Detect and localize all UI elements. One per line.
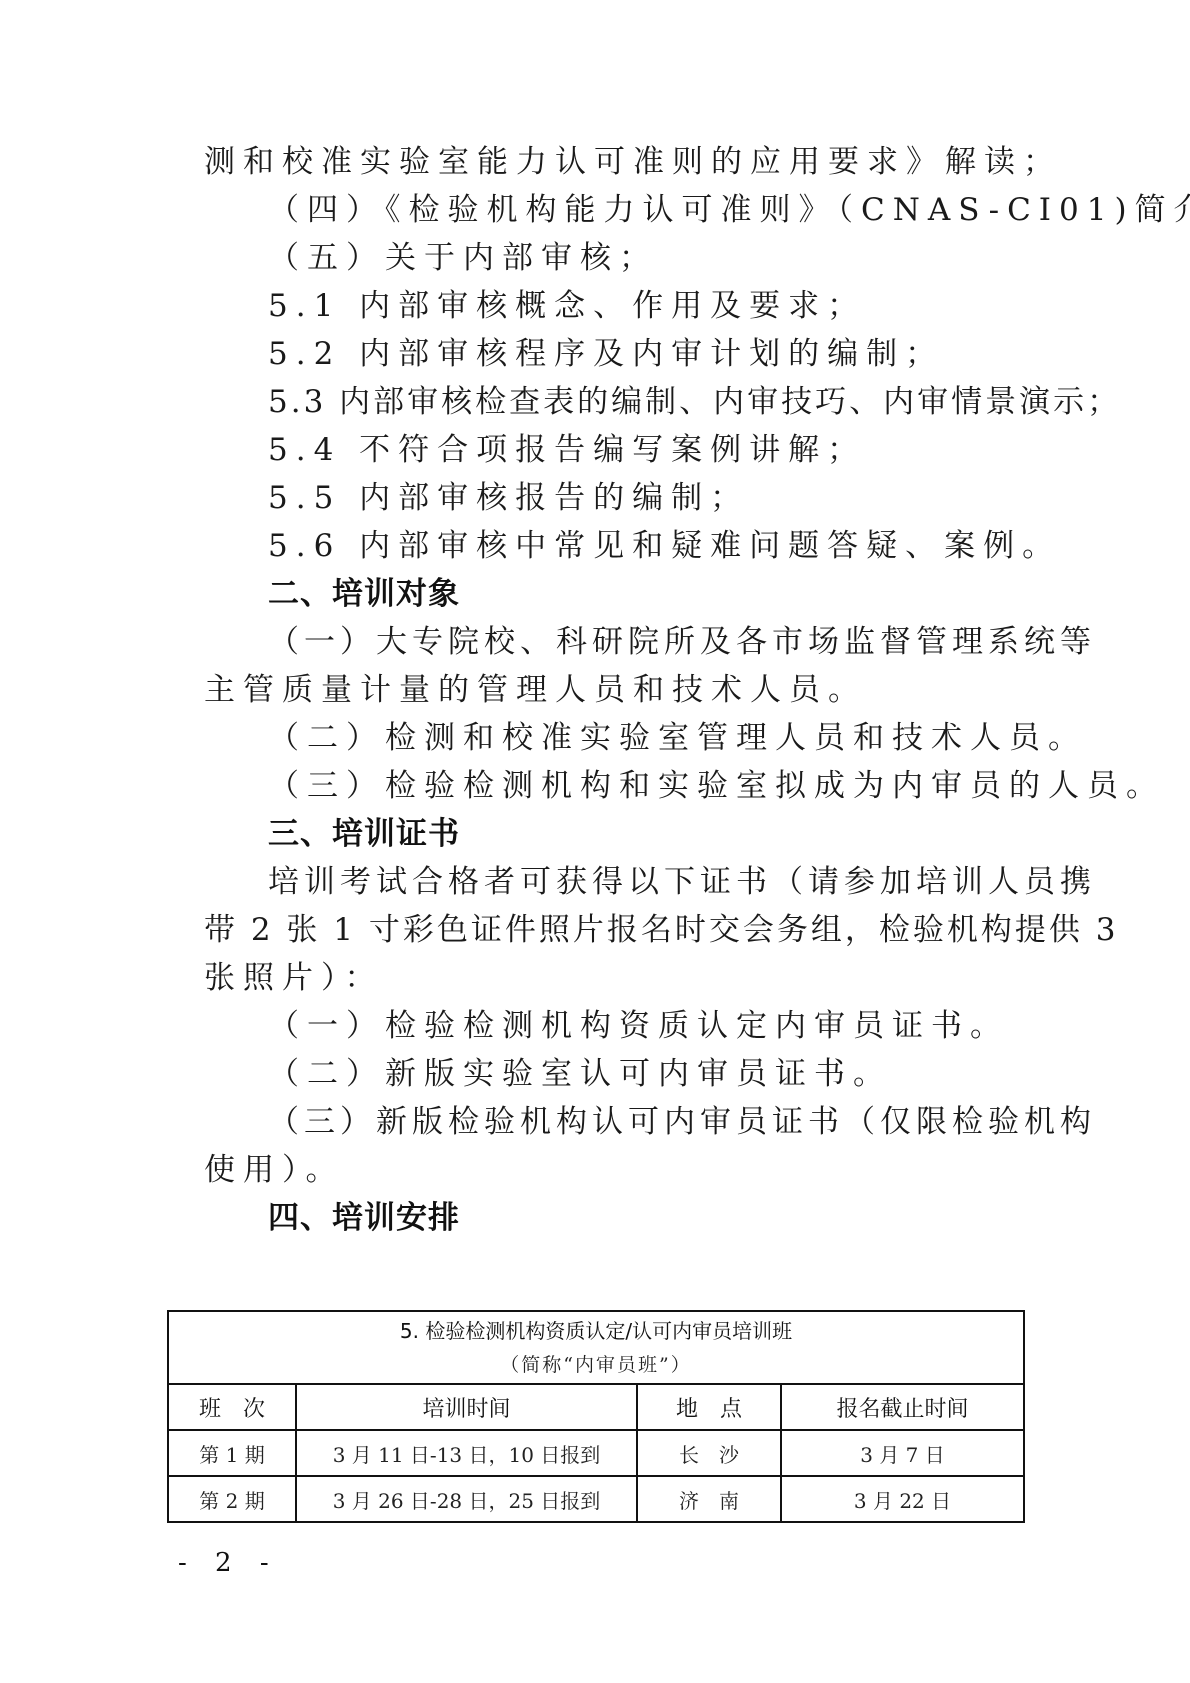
body-line: （三）检验检测机构和实验室拟成为内审员的人员。 (268, 762, 1088, 810)
body-line: 5.3 内部审核检查表的编制、内审技巧、内审情景演示； (268, 378, 1088, 426)
column-header-location: 地 点 (637, 1384, 781, 1430)
cell-session: 第 1 期 (168, 1430, 296, 1476)
body-line: 带 2 张 1 寸彩色证件照片报名时交会务组，检验机构提供 3 (204, 906, 1024, 954)
table-title: 5. 检验检测机构资质认定/认可内审员培训班 (169, 1314, 1023, 1348)
body-line: 5.2 内部审核程序及内审计划的编制； (268, 330, 1088, 378)
body-line: （二）检测和校准实验室管理人员和技术人员。 (268, 714, 1088, 762)
cell-deadline: 3 月 7 日 (781, 1430, 1024, 1476)
cell-session: 第 2 期 (168, 1476, 296, 1522)
body-line: 5.1 内部审核概念、作用及要求； (268, 282, 1088, 330)
body-line: 主管质量计量的管理人员和技术人员。 (204, 666, 1024, 714)
schedule-table: 5. 检验检测机构资质认定/认可内审员培训班 （简称“内审员班”） 班 次 培训… (167, 1310, 1025, 1523)
section-heading: 四、培训安排 (268, 1194, 1088, 1242)
table-title-cell: 5. 检验检测机构资质认定/认可内审员培训班 （简称“内审员班”） (168, 1311, 1024, 1384)
body-line: （一）检验检测机构资质认定内审员证书。 (268, 1002, 1088, 1050)
body-line: （二）新版实验室认可内审员证书。 (268, 1050, 1088, 1098)
table-row: 第 1 期 3 月 11 日-13 日，10 日报到 长 沙 3 月 7 日 (168, 1430, 1024, 1476)
document-page: 测和校准实验室能力认可准则的应用要求》解读； （四）《检验机构能力认可准则》（C… (0, 0, 1190, 1683)
table-subtitle: （简称“内审员班”） (169, 1348, 1023, 1382)
table-header-row: 班 次 培训时间 地 点 报名截止时间 (168, 1384, 1024, 1430)
body-line: （四）《检验机构能力认可准则》（CNAS-CI01)简介； (268, 186, 1088, 234)
body-line: 使用）。 (204, 1146, 1024, 1194)
section-heading: 二、培训对象 (268, 570, 1088, 618)
body-line: 测和校准实验室能力认可准则的应用要求》解读； (204, 138, 1024, 186)
page-number: - 2 - (178, 1548, 279, 1578)
body-line: 5.5 内部审核报告的编制； (268, 474, 1088, 522)
body-line: （一）大专院校、科研院所及各市场监督管理系统等 (268, 618, 1088, 666)
body-line: （五）关于内部审核； (268, 234, 1088, 282)
body-line: 5.4 不符合项报告编写案例讲解； (268, 426, 1088, 474)
cell-deadline: 3 月 22 日 (781, 1476, 1024, 1522)
cell-training-time: 3 月 11 日-13 日，10 日报到 (296, 1430, 637, 1476)
body-line: （三）新版检验机构认可内审员证书（仅限检验机构 (268, 1098, 1088, 1146)
body-line: 张照片）： (204, 954, 1024, 1002)
column-header-session: 班 次 (168, 1384, 296, 1430)
cell-training-time: 3 月 26 日-28 日，25 日报到 (296, 1476, 637, 1522)
column-header-training-time: 培训时间 (296, 1384, 637, 1430)
section-heading: 三、培训证书 (268, 810, 1088, 858)
column-header-deadline: 报名截止时间 (781, 1384, 1024, 1430)
body-line: 5.6 内部审核中常见和疑难问题答疑、案例。 (268, 522, 1088, 570)
table-row: 第 2 期 3 月 26 日-28 日，25 日报到 济 南 3 月 22 日 (168, 1476, 1024, 1522)
body-line: 培训考试合格者可获得以下证书（请参加培训人员携 (268, 858, 1088, 906)
cell-location: 济 南 (637, 1476, 781, 1522)
cell-location: 长 沙 (637, 1430, 781, 1476)
